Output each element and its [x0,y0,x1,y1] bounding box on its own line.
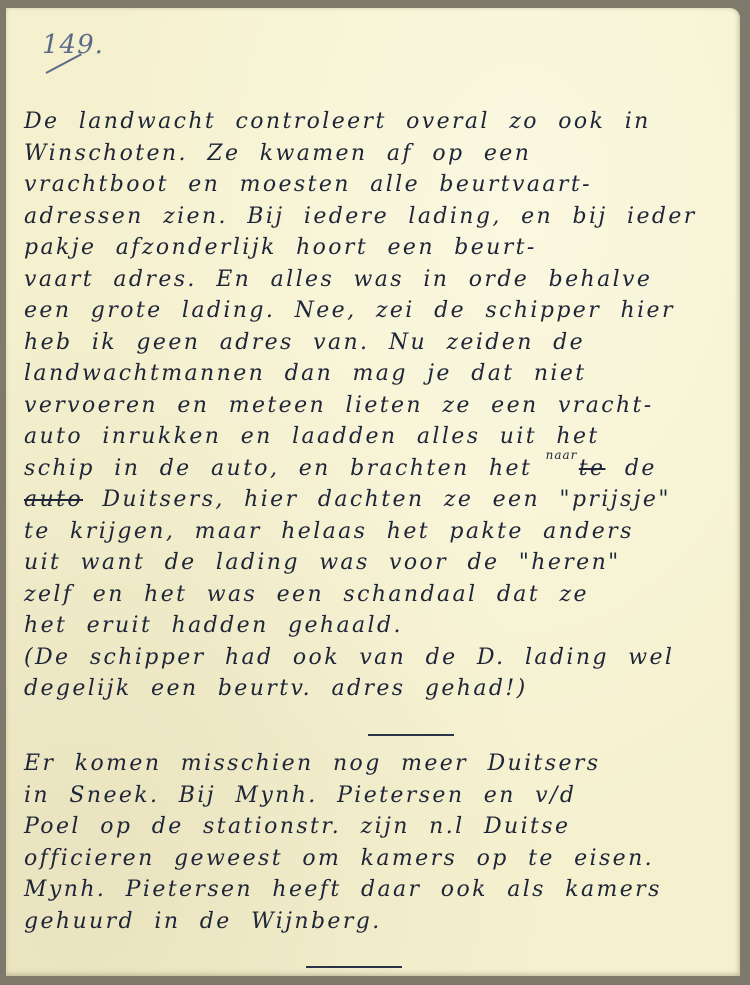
text-line: degelijk een beurtv. adres gehad!) [24,673,724,705]
text-line: in Sneek. Bij Mynh. Pietersen en v/d [24,780,724,812]
paragraph-sneek: Er komen misschien nog meer Duitsers in … [24,748,724,937]
text-line: Poel op de stationstr. zijn n.l Duitse [24,811,724,843]
text-line: landwachtmannen dan mag je dat niet [24,358,724,390]
section-divider [368,734,454,736]
text-line: adressen zien. Bij iedere lading, en bij… [24,201,724,233]
text-line: pakje afzonderlijk hoort een beurt- [24,232,724,264]
text-line: Mynh. Pietersen heeft daar ook als kamer… [24,874,724,906]
text-line: gehuurd in de Wijnberg. [24,906,724,938]
line-text: de [625,456,657,481]
text-line: vaart adres. En alles was in orde behalv… [24,264,724,296]
text-line: (De schipper had ook van de D. lading we… [24,642,724,674]
manuscript-page: 149. De landwacht controleert overal zo … [6,8,740,976]
text-line: Er komen misschien nog meer Duitsers [24,748,724,780]
struck-word: auto [24,487,83,512]
text-line: uit want de lading was voor de "heren" [24,547,724,579]
text-line: Winschoten. Ze kwamen af op een [24,138,724,170]
text-line-with-correction: auto Duitsers, hier dachten ze een "prij… [24,484,724,516]
text-line: heb ik geen adres van. Nu zeiden de [24,327,724,359]
inserted-word: naar [546,448,578,462]
text-line: officieren geweest om kamers op te eisen… [24,843,724,875]
text-line: vrachtboot en moesten alle beurtvaart- [24,169,724,201]
text-line: auto inrukken en laadden alles uit het [24,421,724,453]
text-line: De landwacht controleert overal zo ook i… [24,106,724,138]
line-text: Duitsers, hier dachten ze een "prijsje" [102,487,670,512]
text-line: vervoeren en meteen lieten ze een vracht… [24,390,724,422]
end-divider [306,966,402,968]
line-text: schip in de auto, en brachten het [24,456,532,481]
paragraph-landwacht: De landwacht controleert overal zo ook i… [24,106,724,705]
text-line: zelf en het was een schandaal dat ze [24,579,724,611]
page-number: 149. [42,30,104,60]
text-line: een grote lading. Nee, zei de schipper h… [24,295,724,327]
struck-word: te [579,456,606,481]
text-line: te krijgen, maar helaas het pakte anders [24,516,724,548]
text-line-with-correction: schip in de auto, en brachten het naar t… [24,453,724,485]
text-line: het eruit hadden gehaald. [24,610,724,642]
